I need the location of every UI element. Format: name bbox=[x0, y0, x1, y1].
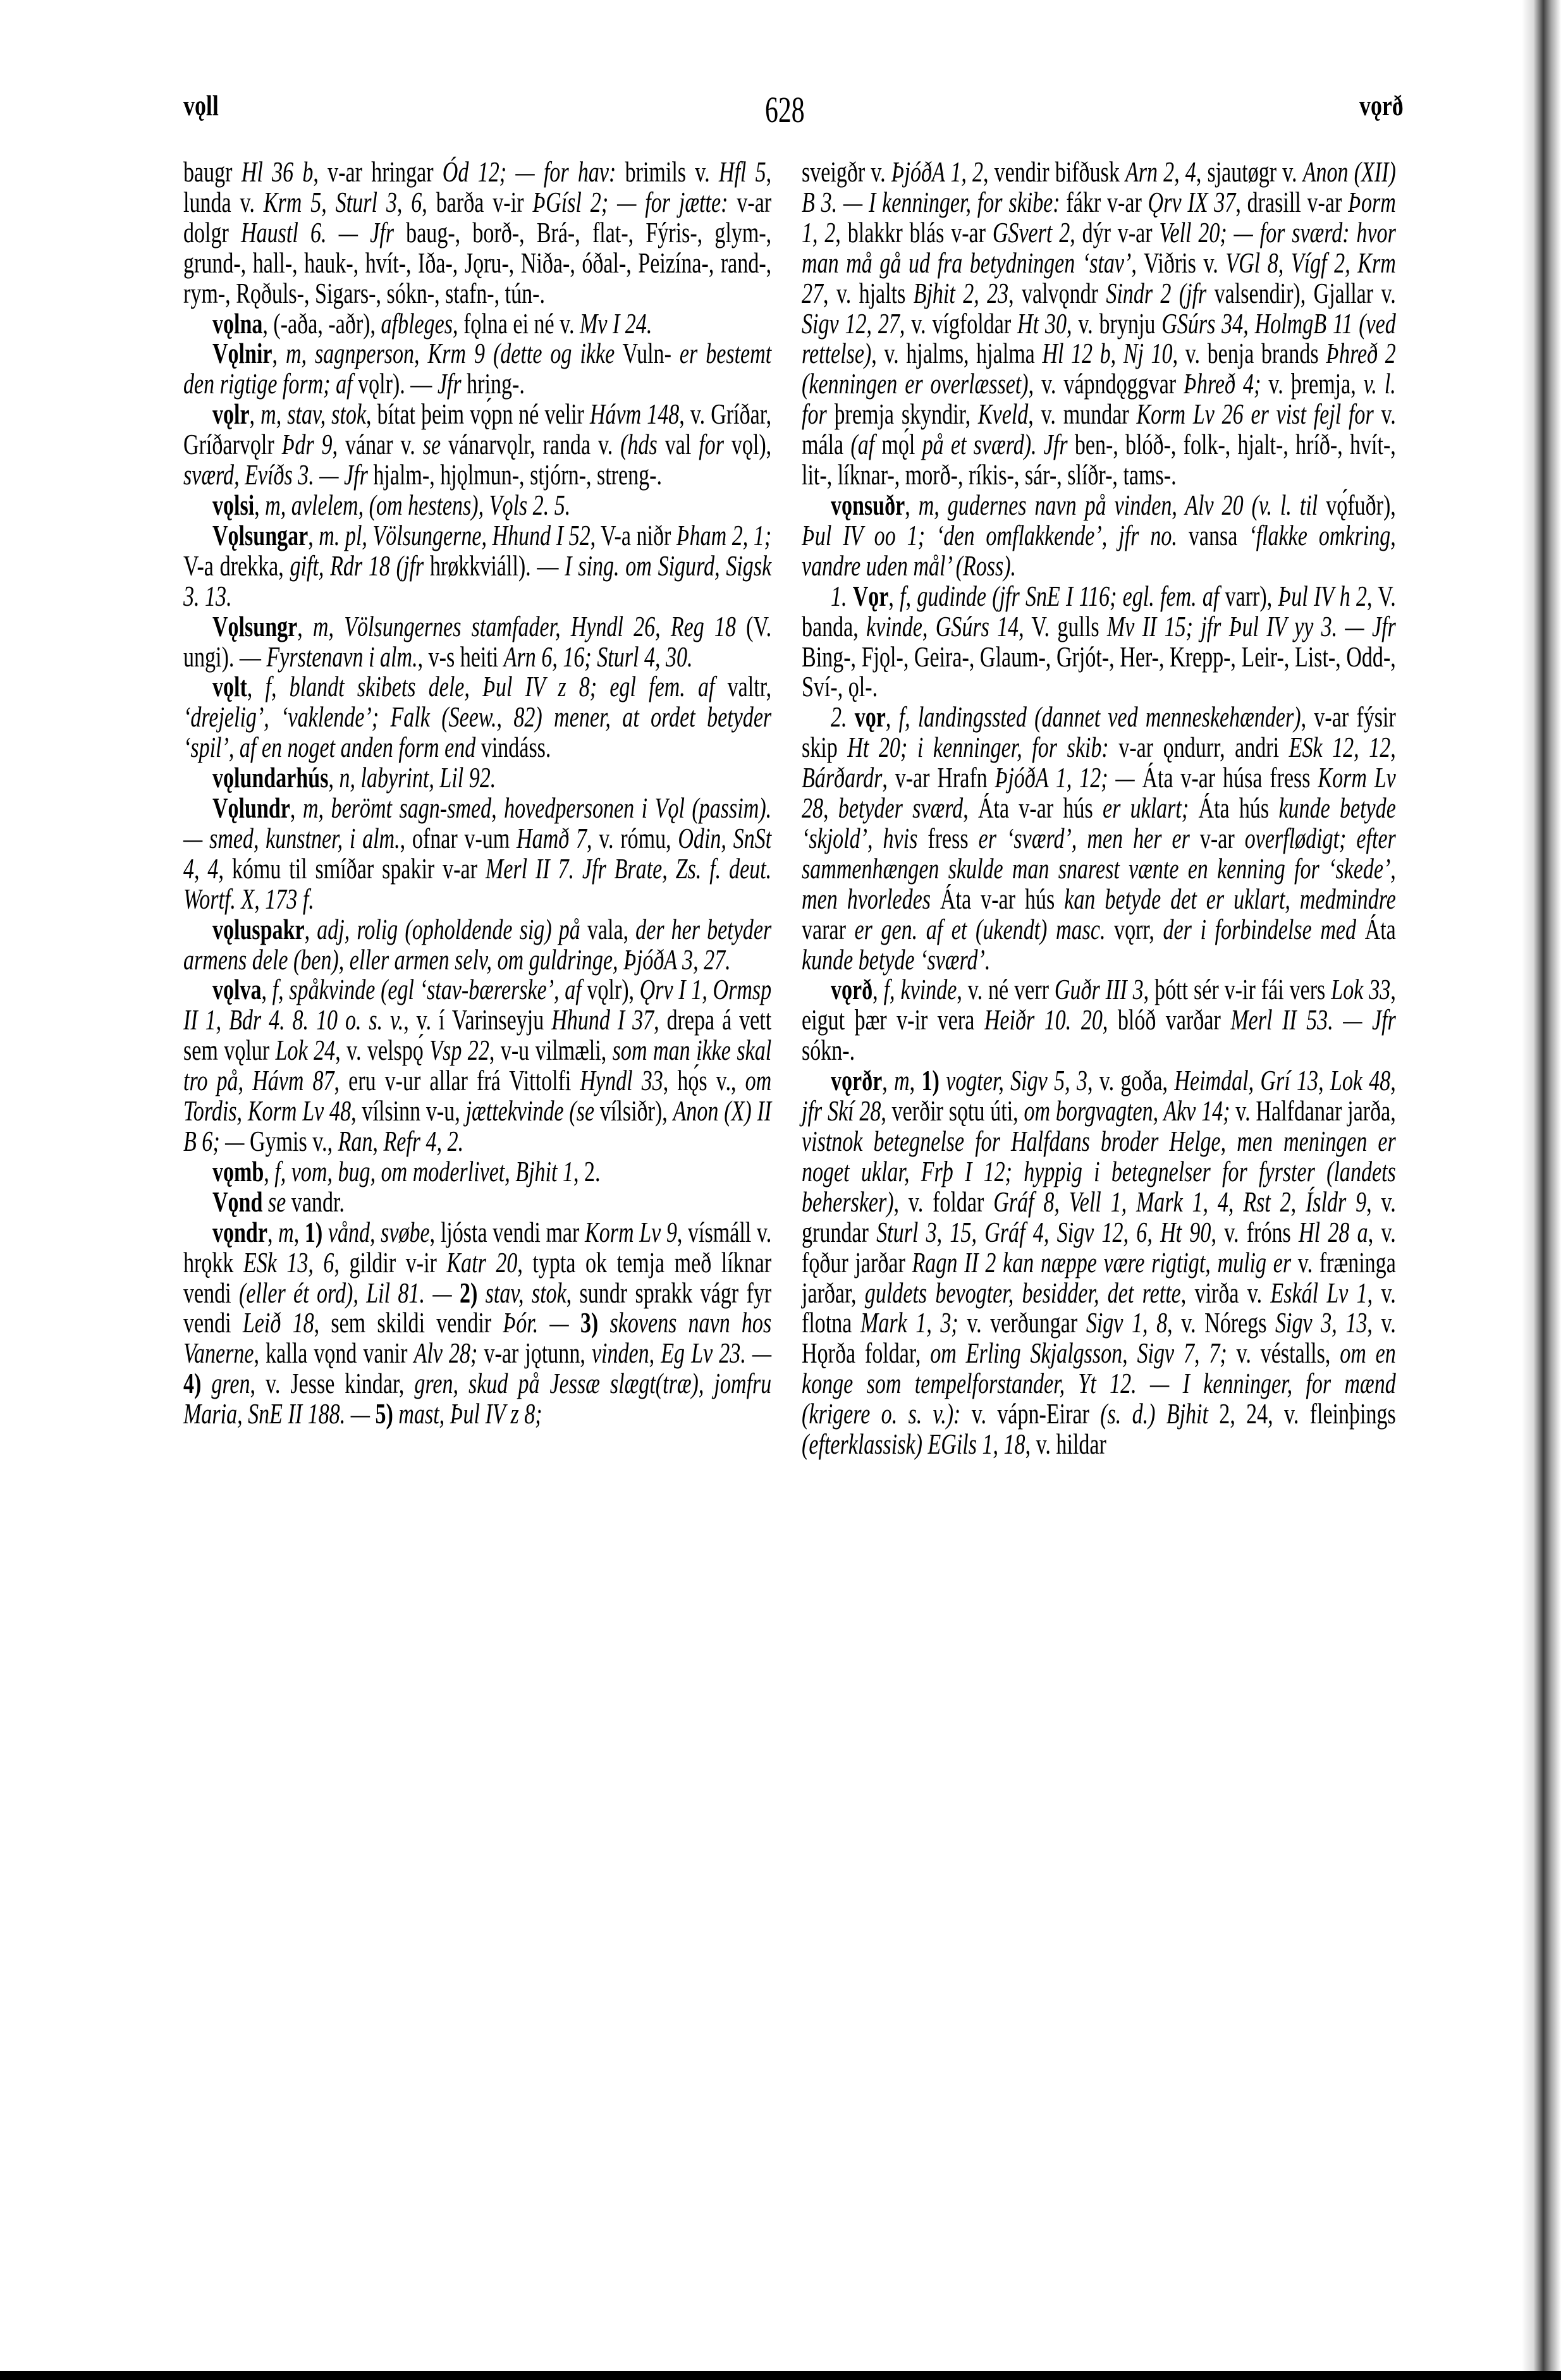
dictionary-entry: Vǫnd se vandr. bbox=[183, 1187, 771, 1217]
roman-text: , v. rómu, bbox=[587, 822, 678, 854]
dictionary-entry: Vǫlnir, m, sagnperson, Krm 9 (dette og i… bbox=[183, 338, 771, 399]
italic-text: Merl II 53. — Jfr bbox=[1230, 1003, 1395, 1036]
roman-text: , v. hildar bbox=[1025, 1428, 1106, 1460]
roman-text: Bing-, Fjǫl-, Geira-, Glaum-, Grjót-, He… bbox=[802, 641, 1396, 703]
italic-text: m, avlelem, (om hestens), Vǫls 2. 5. bbox=[265, 489, 570, 521]
page-number: 628 bbox=[765, 89, 805, 131]
italic-text: Hl 28 a bbox=[1299, 1216, 1368, 1248]
roman-text: , v. Nóregs bbox=[1167, 1306, 1275, 1339]
italic-text: (af bbox=[850, 428, 874, 460]
roman-text: , bbox=[308, 519, 319, 551]
roman-text: brimils v. bbox=[616, 156, 719, 188]
dictionary-entry: vǫlva, f, spåkvinde (egl ‘stav-bærerske’… bbox=[183, 974, 771, 1156]
italic-text: Sindr 2 (jfr bbox=[1106, 277, 1206, 309]
headword: vǫlr bbox=[212, 398, 250, 430]
roman-text: v. verðungar bbox=[958, 1306, 1086, 1339]
italic-text: vogter, Sigv 5, 3 bbox=[946, 1064, 1087, 1096]
roman-text: , Áta v-ar hús bbox=[963, 792, 1103, 824]
roman-text: Áta v-ar húsa fress bbox=[1135, 761, 1318, 794]
italic-text: Leið 18 bbox=[243, 1306, 314, 1339]
italic-text: Þhreð 4; bbox=[1184, 367, 1261, 400]
roman-text: , bbox=[267, 1216, 278, 1248]
roman-text: v-ar jǫtunn, bbox=[477, 1337, 592, 1369]
italic-text: Sigv 12, 27 bbox=[802, 307, 900, 340]
roman-text: , fǫlna ei né v. bbox=[453, 307, 580, 340]
dictionary-entry: Vǫlsungr, m, Völsungernes stamfader, Hyn… bbox=[183, 611, 771, 672]
italic-text: Ran, Refr 4, 2. bbox=[338, 1125, 464, 1157]
roman-text: , v. velspǫ́ bbox=[335, 1034, 429, 1066]
roman-text bbox=[370, 1397, 376, 1430]
roman-text: , bbox=[264, 1155, 274, 1187]
italic-text: Kveld bbox=[978, 398, 1028, 430]
roman-text: , v. fróns bbox=[1211, 1216, 1299, 1248]
headword: vǫnsuðr bbox=[831, 489, 905, 521]
dictionary-entry: vǫrð, f, kvinde, v. né verr Guðr III 3, … bbox=[802, 974, 1396, 1065]
roman-text: , vendir bifðusk bbox=[983, 156, 1125, 188]
roman-text: , v. hjalms, hjalma bbox=[871, 337, 1042, 369]
roman-text: vǫlr), bbox=[582, 973, 640, 1005]
headword: 4) bbox=[183, 1367, 201, 1399]
roman-text: , v-s heiti bbox=[418, 641, 504, 673]
roman-text: , bbox=[888, 580, 900, 612]
italic-text: f, kvinde bbox=[884, 973, 957, 1005]
roman-text: , Viðris v. bbox=[1131, 247, 1225, 279]
italic-text: kan betyde det er uklart, medmindre bbox=[1064, 883, 1396, 915]
italic-text: Hávm 148 bbox=[590, 398, 679, 430]
italic-text: Hl 36 b bbox=[242, 156, 314, 188]
roman-text: , bbox=[261, 973, 272, 1005]
roman-text: , sjautøgr v. bbox=[1196, 156, 1303, 188]
roman-text: hjalm-, hjǫlmun-, stjórn-, streng-. bbox=[368, 458, 662, 491]
italic-text: Fyrstenavn i alm. bbox=[266, 641, 417, 673]
italic-text: vånd, svøbe bbox=[328, 1216, 430, 1248]
italic-text: mast, Þul IV z 8; bbox=[398, 1397, 542, 1430]
italic-text: Þham 2, 1; bbox=[676, 519, 771, 551]
dictionary-entry: vǫlt, f, blandt skibets dele, Þul IV z 8… bbox=[183, 672, 771, 763]
dictionary-entry: vǫrðr, m, 1) vogter, Sigv 5, 3, v. goða,… bbox=[802, 1065, 1396, 1459]
italic-text: m, stav, stok bbox=[260, 398, 366, 430]
roman-text: fákr v-ar bbox=[1060, 186, 1148, 218]
roman-text: , v. foldar bbox=[894, 1186, 994, 1218]
roman-text: , gildir v-ir bbox=[334, 1246, 446, 1279]
roman-text: , bbox=[297, 610, 313, 642]
roman-text: baugr bbox=[183, 156, 242, 188]
roman-text: , bbox=[872, 973, 883, 1005]
italic-text: Hfl 5 bbox=[719, 156, 766, 188]
roman-text: , barða v-ir bbox=[422, 186, 532, 218]
italic-text: (eller ét ord), Lil 81. — bbox=[239, 1277, 452, 1309]
roman-text: , kalla vǫnd vanir bbox=[254, 1337, 414, 1369]
roman-text: hrøkkviáll). — bbox=[424, 549, 565, 582]
italic-text: (efterklassisk) EGils 1, 18 bbox=[802, 1428, 1025, 1460]
italic-text: Korm Lv 26 er vist fejl for bbox=[1136, 398, 1373, 430]
italic-text: n, labyrint, Lil 92. bbox=[340, 761, 496, 794]
headword: Vǫlnir bbox=[212, 337, 272, 369]
roman-text: , v. brynju bbox=[1067, 307, 1161, 340]
roman-text: v. Halfdanar jarða, bbox=[1230, 1095, 1395, 1127]
roman-text: , v. benja brands bbox=[1173, 337, 1326, 369]
italic-text: Heiðr 10. 20 bbox=[984, 1003, 1103, 1036]
dictionary-entry: vǫlundarhús, n, labyrint, Lil 92. bbox=[183, 763, 771, 793]
roman-text bbox=[452, 1277, 460, 1309]
roman-text: , 2. bbox=[573, 1155, 601, 1187]
italic-text: m. pl, Völsungerne, Hhund I 52 bbox=[319, 519, 590, 551]
roman-text: , v. Jesse kindar, bbox=[250, 1367, 415, 1399]
italic-text: Sigv 1, 8 bbox=[1086, 1306, 1167, 1339]
roman-text: , ljósta vendi mar bbox=[430, 1216, 585, 1248]
italic-text: Krm 5, Sturl 3, 6 bbox=[264, 186, 422, 218]
roman-text: vansa bbox=[1177, 519, 1249, 551]
italic-text: Mv I 24. bbox=[580, 307, 652, 340]
roman-text bbox=[569, 1306, 580, 1339]
roman-text: , v. né verr bbox=[957, 973, 1055, 1005]
dictionary-entry: Vǫlsungar, m. pl, Völsungerne, Hhund I 5… bbox=[183, 520, 771, 611]
italic-text: Hyndl 33 bbox=[580, 1064, 663, 1096]
headword: Vǫlsungar bbox=[212, 519, 308, 551]
roman-text: , v. hjalts bbox=[823, 277, 914, 309]
italic-text: kvinde, GSúrs 14 bbox=[866, 610, 1019, 642]
dictionary-entry: vǫmb, f, vom, bug, om moderlivet, Bjhit … bbox=[183, 1156, 771, 1187]
roman-text: vílsiðr), bbox=[594, 1095, 673, 1127]
italic-text: f, blandt skibets dele, Þul IV z 8; egl … bbox=[266, 670, 715, 702]
italic-text: Arn 6, 16; Sturl 4, 30. bbox=[504, 641, 693, 673]
right-column: sveigðr v. ÞjóðA 1, 2, vendir bifðusk Ar… bbox=[802, 157, 1561, 1459]
roman-text: , sem skildi vendir bbox=[314, 1306, 503, 1339]
roman-text: hring-. bbox=[462, 367, 525, 400]
dictionary-entry: vǫnsuðr, m, gudernes navn på vinden, Alv… bbox=[802, 490, 1396, 581]
headword: vǫr bbox=[855, 701, 886, 733]
roman-text: varr), bbox=[1219, 580, 1278, 612]
italic-text: Ǫrv IX 37 bbox=[1148, 186, 1236, 218]
dictionary-entry: 1. Vǫr, f, gudinde (jfr SnE I 116; egl. … bbox=[802, 581, 1396, 702]
roman-text: , drasill v-ar bbox=[1235, 186, 1348, 218]
italic-text: Gráf 8, Vell 1, Mark 1, 4, Rst 2, Ísldr … bbox=[993, 1186, 1366, 1218]
roman-text bbox=[940, 1064, 946, 1096]
italic-text: Alv 28; bbox=[414, 1337, 478, 1369]
roman-text: mǫ́l bbox=[874, 428, 922, 460]
roman-text: valtr, bbox=[714, 670, 771, 702]
italic-text: afbleges bbox=[381, 307, 453, 340]
italic-text: m, sagnperson, Krm 9 (dette og ikke bbox=[286, 337, 615, 369]
roman-text: , kómu til smíðar spakir v-ar bbox=[218, 852, 485, 885]
italic-text: Eskál Lv 1 bbox=[1270, 1277, 1367, 1309]
headword: vǫrð bbox=[831, 973, 872, 1005]
italic-text: adj, rolig (opholdende sig) på bbox=[317, 913, 580, 945]
italic-text: 2. bbox=[831, 701, 855, 733]
italic-text: GSvert 2 bbox=[993, 216, 1070, 248]
roman-text bbox=[262, 1186, 268, 1218]
roman-text: , vílsinn v-u, bbox=[351, 1095, 465, 1127]
italic-text: sværd, Evíðs 3. — Jfr bbox=[183, 458, 368, 491]
roman-text: , V. gulls bbox=[1019, 610, 1107, 642]
italic-text: på et sværd). Jfr bbox=[922, 428, 1068, 460]
italic-text: Arn 2, 4 bbox=[1125, 156, 1196, 188]
headword: vǫlsi bbox=[212, 489, 254, 521]
italic-text: Ht 30 bbox=[1017, 307, 1067, 340]
italic-text: ESk 13, 6 bbox=[243, 1246, 334, 1279]
headword: 2) bbox=[460, 1277, 477, 1309]
roman-text: , bbox=[305, 913, 317, 945]
italic-text: m, Völsungernes stamfader, Hyndl 26, Reg… bbox=[313, 610, 736, 642]
dictionary-entry: sveigðr v. ÞjóðA 1, 2, vendir bifðusk Ar… bbox=[802, 157, 1396, 490]
italic-text: Korm Lv 9 bbox=[585, 1216, 677, 1248]
italic-text: Þór. — bbox=[503, 1306, 568, 1339]
roman-text: v-ar ǫndurr, andri bbox=[1109, 731, 1289, 763]
roman-text: , bbox=[886, 701, 899, 733]
roman-text: Gymis v., bbox=[244, 1125, 338, 1157]
roman-text: Áta hús bbox=[1189, 792, 1278, 824]
headword: vǫndr bbox=[212, 1216, 267, 1248]
right-column-text: sveigðr v. ÞjóðA 1, 2, vendir bifðusk Ar… bbox=[802, 157, 1396, 1459]
roman-text: , bbox=[250, 398, 261, 430]
headword: vǫluspakr bbox=[212, 913, 305, 945]
headword: Vǫr bbox=[853, 580, 889, 612]
italic-text: m bbox=[894, 1064, 910, 1096]
italic-text: der i forbindelse med bbox=[1163, 913, 1357, 945]
roman-text: vǫlr). — bbox=[353, 367, 438, 400]
roman-text: , v-ar hringar bbox=[313, 156, 442, 188]
italic-text: Lok 33 bbox=[1331, 973, 1390, 1005]
headword: Vǫlundr bbox=[212, 792, 290, 824]
roman-text: , blakkr blás v-ar bbox=[835, 216, 992, 248]
roman-text: valsendir), Gjallar v. bbox=[1206, 277, 1395, 309]
italic-text: (hds bbox=[620, 428, 658, 460]
italic-text: om borgvagten, Akv 14; bbox=[1024, 1095, 1230, 1127]
headword: Vǫlsungr bbox=[212, 610, 297, 642]
italic-text: f, spåkvinde (egl ‘stav-bærerske’, af bbox=[272, 973, 582, 1005]
italic-text: kunde betyde ‘sværd’. bbox=[802, 943, 990, 976]
headword: vǫmb bbox=[212, 1155, 264, 1187]
roman-text: vǫ́fuðr), bbox=[1318, 489, 1396, 521]
italic-text: Bjhit 2, 23 bbox=[914, 277, 1008, 309]
roman-text: vǫrr, bbox=[1105, 913, 1163, 945]
italic-text: om Erling Skjalgsson, Sigv 7, 7; bbox=[930, 1337, 1227, 1369]
roman-text: v. véstalls, bbox=[1227, 1337, 1340, 1369]
roman-text: , bbox=[272, 337, 286, 369]
italic-text: Lok 24 bbox=[276, 1034, 336, 1066]
headword: vǫrðr bbox=[831, 1064, 882, 1096]
italic-text: Vsp 22 bbox=[429, 1034, 489, 1066]
italic-text: vinden, Eg Lv 23. — bbox=[592, 1337, 771, 1369]
roman-text: þremja skyndir, bbox=[827, 398, 978, 430]
roman-text bbox=[201, 1367, 211, 1399]
italic-text: Sigv 3, 13 bbox=[1275, 1306, 1367, 1339]
headword: 3) bbox=[580, 1306, 598, 1339]
dictionary-entry: vǫlna, (-aða, -aðr), afbleges, fǫlna ei … bbox=[183, 309, 771, 339]
roman-text: vala, bbox=[580, 913, 635, 945]
roman-text: , bbox=[328, 761, 339, 794]
italic-text: Mv II 15; jfr Þul IV yy 3. — Jfr bbox=[1107, 610, 1396, 642]
italic-text: ÞjóðA 1, 2 bbox=[891, 156, 983, 188]
italic-text: Sturl 3, 15, Gráf 4, Sigv 12, 6, Ht 90 bbox=[876, 1216, 1211, 1248]
italic-text: guldets bevogter, besidder, det rette bbox=[865, 1277, 1181, 1309]
headword: vǫlva bbox=[212, 973, 262, 1005]
italic-text: Hl 12 b, Nj 10 bbox=[1042, 337, 1172, 369]
roman-text: , ofnar v-um bbox=[400, 822, 517, 854]
italic-text: se bbox=[268, 1186, 286, 1218]
roman-text: vǫl), bbox=[724, 428, 771, 460]
roman-text: vánarvǫlr, randa v. bbox=[441, 428, 620, 460]
roman-text: , bbox=[290, 792, 303, 824]
roman-text: , v. mundar bbox=[1028, 398, 1136, 430]
roman-text: , eru v-ur allar frá Vittolfi bbox=[334, 1064, 580, 1096]
italic-text: gift, Rdr 18 (jfr bbox=[290, 549, 424, 582]
italic-text: m bbox=[278, 1216, 294, 1248]
roman-text: v-ar bbox=[1190, 822, 1245, 854]
roman-text: , v. vígfoldar bbox=[900, 307, 1017, 340]
roman-text: , bbox=[882, 1064, 894, 1096]
roman-text: v. þremja, bbox=[1261, 367, 1363, 400]
roman-text: v. vápn-Eirar bbox=[960, 1397, 1100, 1430]
roman-text: , bbox=[910, 1064, 922, 1096]
roman-text: , bbox=[905, 489, 918, 521]
roman-text: fress bbox=[917, 822, 978, 854]
roman-text: , vánar v. bbox=[333, 428, 423, 460]
headword: 1) bbox=[305, 1216, 322, 1248]
italic-text: gren bbox=[211, 1367, 250, 1399]
headword: vǫlna bbox=[212, 307, 262, 340]
dictionary-entry: baugr Hl 36 b, v-ar hringar Ód 12; — for… bbox=[183, 157, 771, 309]
italic-text: Ht 20; i kenninger, for skib: bbox=[847, 731, 1108, 763]
roman-text: Áta v-ar hús bbox=[931, 883, 1064, 915]
roman-text: , þótt sér v-ir fái vers bbox=[1144, 973, 1331, 1005]
italic-text: for bbox=[699, 428, 724, 460]
roman-text: , dýr v-ar bbox=[1070, 216, 1159, 248]
italic-text: 1. bbox=[831, 580, 853, 612]
roman-text: , v. í Varinseyju bbox=[403, 1003, 551, 1036]
left-column-text: baugr Hl 36 b, v-ar hringar Ód 12; — for… bbox=[183, 157, 771, 1429]
roman-text: , virða v. bbox=[1181, 1277, 1271, 1309]
italic-text: er gen. af et (ukendt) masc. bbox=[855, 913, 1106, 945]
italic-text: Katr 20 bbox=[446, 1246, 517, 1279]
roman-text: , hǫ́s v., bbox=[663, 1064, 745, 1096]
running-head-left: vǫll bbox=[183, 89, 219, 122]
roman-text: sókn-. bbox=[802, 1034, 855, 1066]
roman-text: Vuln- bbox=[615, 337, 680, 369]
headword: vǫlt bbox=[212, 670, 247, 702]
roman-text bbox=[598, 1306, 609, 1339]
running-head-right: vǫrð bbox=[1359, 89, 1404, 122]
roman-text: 2, 24, v. fleinþings bbox=[1208, 1397, 1396, 1430]
dictionary-entry: Vǫlundr, m, berömt sagn-smed, hovedperso… bbox=[183, 793, 771, 914]
italic-text: stav, stok bbox=[486, 1277, 566, 1309]
roman-text: , v. vápndǫggvar bbox=[1029, 367, 1184, 400]
roman-text: , v. goða, bbox=[1087, 1064, 1174, 1096]
headword: Vǫnd bbox=[212, 1186, 262, 1218]
roman-text bbox=[477, 1277, 485, 1309]
italic-text: Þul IV h 2 bbox=[1278, 580, 1367, 612]
roman-text: , bbox=[247, 670, 266, 702]
roman-text: , valvǫndr bbox=[1008, 277, 1106, 309]
italic-text: er ‘sværd’, men her er bbox=[979, 822, 1190, 854]
italic-text: Þul IV oo 1; ‘den omflakkende’, jfr no. bbox=[802, 519, 1177, 551]
roman-text: sveigðr v. bbox=[802, 156, 891, 188]
italic-text: jættekvinde (se bbox=[466, 1095, 595, 1127]
dictionary-page: vǫll 628 vǫrð baugr Hl 36 b, v-ar hringa… bbox=[0, 0, 1561, 2380]
roman-text: , bítat þeim vǫ́pn né velir bbox=[366, 398, 590, 430]
roman-text: val bbox=[658, 428, 699, 460]
italic-text: (s. d.) Bjhit bbox=[1100, 1397, 1208, 1430]
roman-text: , bbox=[254, 489, 265, 521]
roman-text bbox=[393, 1397, 399, 1430]
dictionary-entry: vǫlr, m, stav, stok, bítat þeim vǫ́pn né… bbox=[183, 399, 771, 490]
italic-text: er uklart; bbox=[1103, 792, 1189, 824]
roman-text: , V-a niðr bbox=[591, 519, 676, 551]
italic-text: f, vom, bug, om moderlivet, Bjhit 1 bbox=[274, 1155, 573, 1187]
italic-text: m, gudernes navn på vinden, Alv 20 (v. l… bbox=[919, 489, 1318, 521]
headword: 1) bbox=[921, 1064, 939, 1096]
roman-text: Áta bbox=[1356, 913, 1396, 945]
italic-text: Jfr bbox=[438, 367, 462, 400]
italic-text: Guðr III 3 bbox=[1055, 973, 1144, 1005]
scan-shadow-edge bbox=[1522, 0, 1561, 2380]
roman-text: , verðir sǫtu úti, bbox=[881, 1095, 1024, 1127]
italic-text: ÞGísl 2; — for jætte: bbox=[532, 186, 728, 218]
italic-text: f, landingssted (dannet ved menneskehænd… bbox=[899, 701, 1301, 733]
roman-text: , blóð varðar bbox=[1103, 1003, 1230, 1036]
roman-text: , bbox=[294, 1216, 305, 1248]
dictionary-entry: vǫluspakr, adj, rolig (opholdende sig) p… bbox=[183, 914, 771, 975]
dictionary-entry: vǫlsi, m, avlelem, (om hestens), Vǫls 2.… bbox=[183, 490, 771, 520]
roman-text: vindáss. bbox=[475, 731, 551, 763]
italic-text: ÞjóðA 1, 12; — bbox=[995, 761, 1135, 794]
roman-text: V-a drekka, bbox=[183, 549, 290, 582]
headword: 5) bbox=[376, 1397, 393, 1430]
italic-text: Hhund I 37 bbox=[551, 1003, 654, 1036]
roman-text bbox=[322, 1216, 328, 1248]
roman-text: varar bbox=[802, 913, 855, 945]
italic-text: Ód 12; — for hav: bbox=[443, 156, 616, 188]
roman-text: , v-ar Hrafn bbox=[882, 761, 995, 794]
headword: vǫlundarhús bbox=[212, 761, 329, 794]
italic-text: Haustl 6. — Jfr bbox=[241, 216, 394, 248]
italic-text: Mark 1, 3; bbox=[860, 1306, 958, 1339]
italic-text: f, gudinde (jfr SnE I 116; egl. fem. af bbox=[900, 580, 1219, 612]
roman-text: vandr. bbox=[286, 1186, 345, 1218]
italic-text: Ragn II 2 kan næppe være rigtigt, mulig … bbox=[912, 1246, 1292, 1279]
italic-text: Þdr 9 bbox=[282, 428, 333, 460]
roman-text: , (-aða, -aðr), bbox=[262, 307, 381, 340]
italic-text: se bbox=[423, 428, 441, 460]
italic-text: Hamð 7 bbox=[517, 822, 587, 854]
scan-bottom-edge bbox=[0, 2371, 1561, 2380]
roman-text: , v-u vilmæli, bbox=[489, 1034, 613, 1066]
dictionary-entry: vǫndr, m, 1) vånd, svøbe, ljósta vendi m… bbox=[183, 1217, 771, 1429]
dictionary-entry: 2. vǫr, f, landingssted (dannet ved menn… bbox=[802, 702, 1396, 974]
